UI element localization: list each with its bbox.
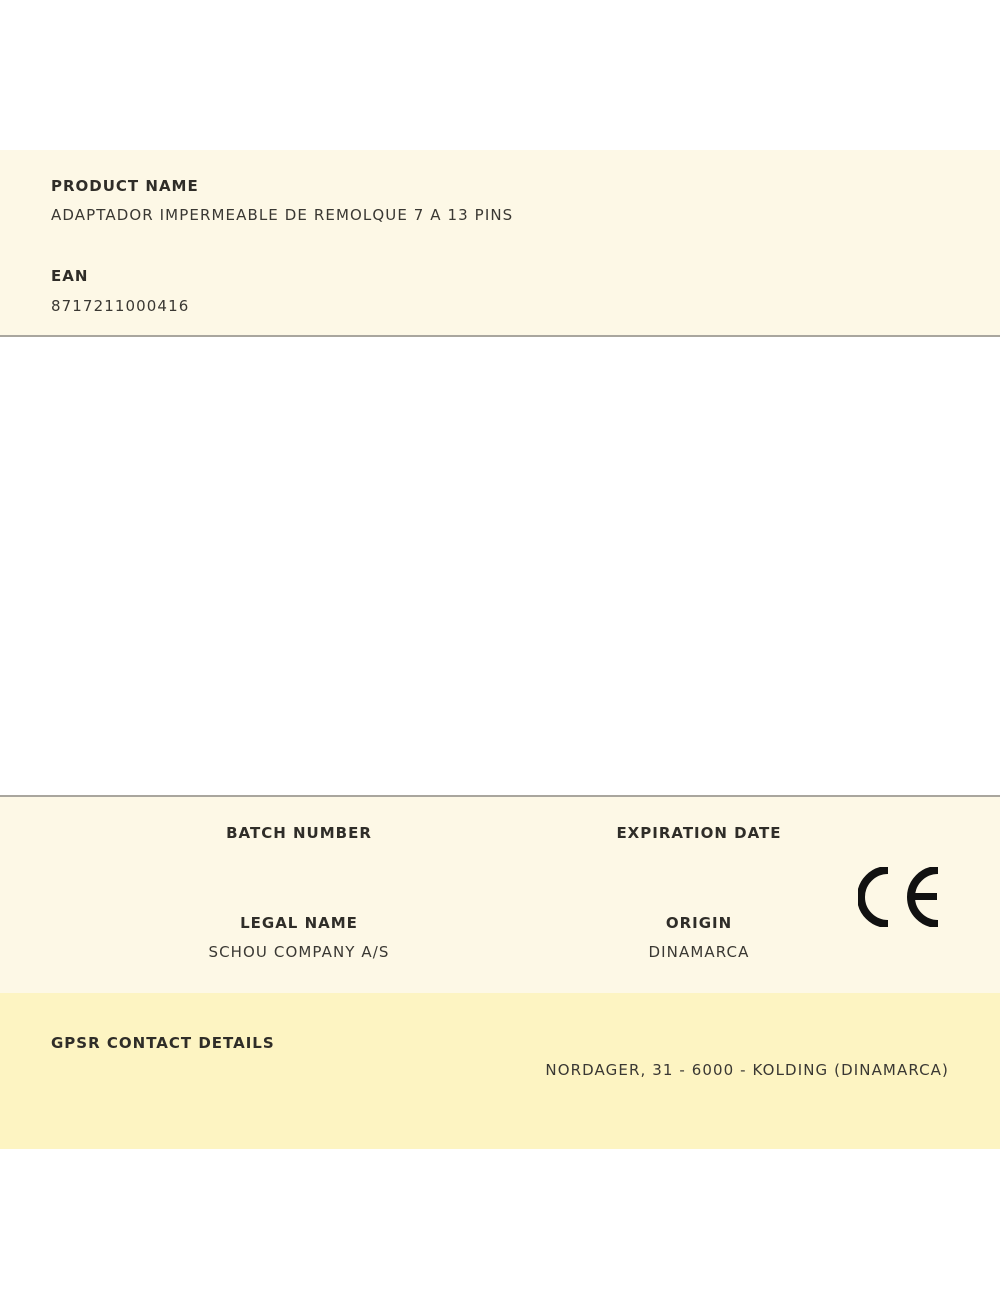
batch-number-field: BATCH NUMBER <box>149 824 449 853</box>
gpsr-contact-label: GPSR CONTACT DETAILS <box>51 1034 275 1052</box>
legal-name-label: LEGAL NAME <box>149 914 449 932</box>
ean-value: 8717211000416 <box>51 297 189 315</box>
product-name-label: PRODUCT NAME <box>51 177 199 195</box>
expiration-date-label: EXPIRATION DATE <box>549 824 849 842</box>
legal-name-field: LEGAL NAME SCHOU COMPANY A/S <box>149 914 449 961</box>
legal-name-value: SCHOU COMPANY A/S <box>149 943 449 961</box>
origin-label: ORIGIN <box>549 914 849 932</box>
ce-mark-icon <box>858 867 942 927</box>
product-name-value: ADAPTADOR IMPERMEABLE DE REMOLQUE 7 A 13… <box>51 206 513 224</box>
expiration-date-field: EXPIRATION DATE <box>549 824 849 853</box>
batch-number-label: BATCH NUMBER <box>149 824 449 842</box>
gpsr-contact-address: NORDAGER, 31 - 6000 - KOLDING (DINAMARCA… <box>545 1061 949 1079</box>
product-details-section: BATCH NUMBER EXPIRATION DATE LEGAL NAME … <box>0 795 1000 995</box>
gpsr-contact-section: GPSR CONTACT DETAILS NORDAGER, 31 - 6000… <box>0 993 1000 1149</box>
origin-value: DINAMARCA <box>549 943 849 961</box>
product-info-section: PRODUCT NAME ADAPTADOR IMPERMEABLE DE RE… <box>0 150 1000 337</box>
ean-label: EAN <box>51 267 88 285</box>
origin-field: ORIGIN DINAMARCA <box>549 914 849 961</box>
